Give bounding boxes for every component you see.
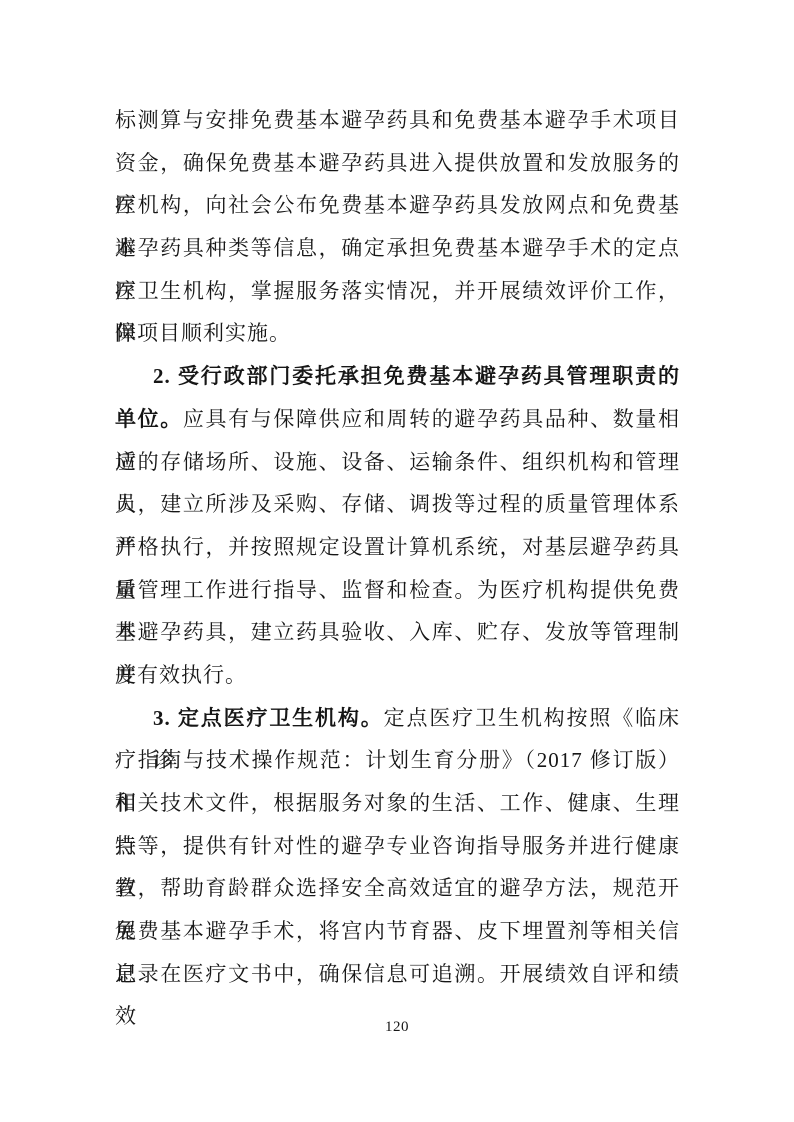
- text-line: 标测算与安排免费基本避孕药具和免费基本避孕手术项目: [115, 99, 680, 142]
- section-3-heading: 3. 定点医疗卫生机构。: [153, 706, 384, 730]
- text-line: 量管理工作进行指导、监督和检查。为医疗机构提供免费基: [115, 569, 680, 612]
- section-2-heading: 2. 受行政部门委托承担免费基本避孕药具管理职责的: [153, 364, 680, 388]
- page-number: 120: [385, 1019, 409, 1035]
- text-line: 教，帮助育龄群众选择安全高效适宜的避孕方法，规范开展: [115, 867, 680, 910]
- body-text: 标测算与安排免费基本避孕药具和免费基本避孕手术项目 资金，确保免费基本避孕药具进…: [115, 99, 680, 995]
- page-footer: 120: [0, 1018, 794, 1036]
- text-line: 点等，提供有针对性的避孕专业咨询指导服务并进行健康宣: [115, 825, 680, 868]
- text-line: 疗机构，向社会公布免费基本避孕药具发放网点和免费基本: [115, 184, 680, 227]
- text-line: 严格执行，并按照规定设置计算机系统，对基层避孕药具质: [115, 526, 680, 569]
- text-line: 疗指南与技术操作规范：计划生育分册》（2017 修订版）和: [115, 739, 680, 782]
- text-line: 记录在医疗文书中，确保信息可追溯。开展绩效自评和绩效: [115, 953, 680, 996]
- text-line: 本避孕药具，建立药具验收、入库、贮存、发放等管理制度: [115, 611, 680, 654]
- section-2-heading-line: 2. 受行政部门委托承担免费基本避孕药具管理职责的: [115, 355, 680, 398]
- section-3-heading-line: 3. 定点医疗卫生机构。定点医疗卫生机构按照《临床诊: [115, 697, 680, 740]
- text-line: 避孕药具种类等信息，确定承担免费基本避孕手术的定点医: [115, 227, 680, 270]
- text-line: 应的存储场所、设施、设备、运输条件、组织机构和管理人: [115, 441, 680, 484]
- section-2-heading-tail: 单位。: [115, 407, 183, 431]
- text-line: 相关技术文件，根据服务对象的生活、工作、健康、生理特: [115, 782, 680, 825]
- text-line: 并有效执行。: [115, 654, 680, 697]
- text-line: 资金，确保免费基本避孕药具进入提供放置和发放服务的医: [115, 142, 680, 185]
- document-page: 标测算与安排免费基本避孕药具和免费基本避孕手术项目 资金，确保免费基本避孕药具进…: [0, 0, 794, 1122]
- text-line: 单位。应具有与保障供应和周转的避孕药具品种、数量相适: [115, 398, 680, 441]
- text-line: 员，建立所涉及采购、存储、调拨等过程的质量管理体系并: [115, 483, 680, 526]
- text-line: 免费基本避孕手术，将宫内节育器、皮下埋置剂等相关信息: [115, 910, 680, 953]
- text-line: 疗卫生机构，掌握服务落实情况，并开展绩效评价工作，保: [115, 270, 680, 313]
- text-line: 障项目顺利实施。: [115, 312, 680, 355]
